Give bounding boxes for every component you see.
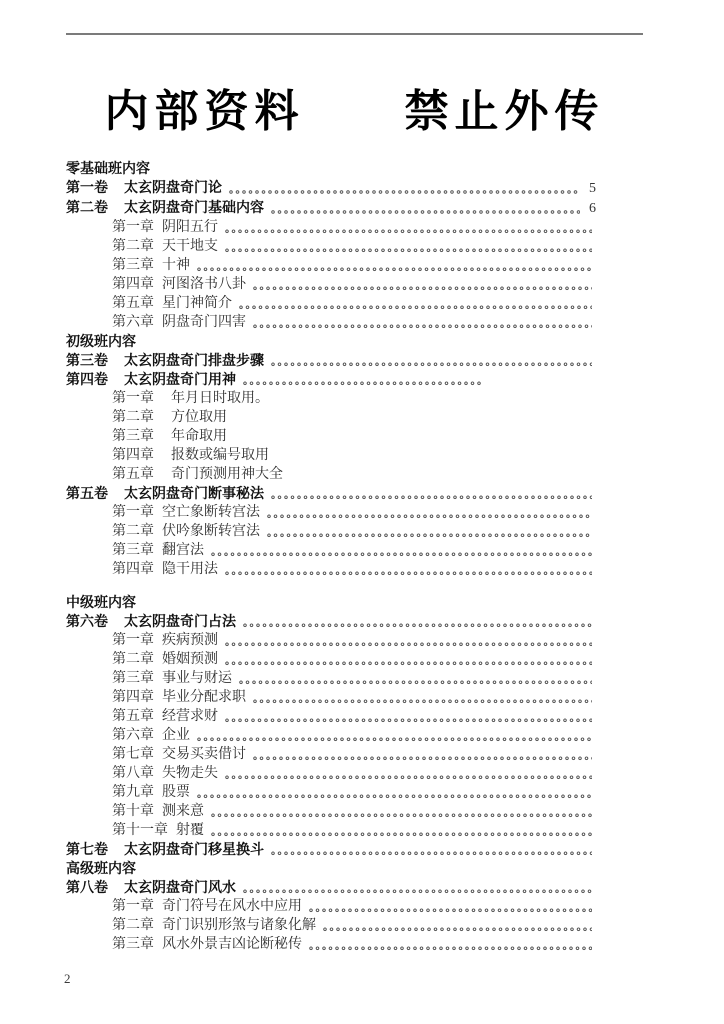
dot-leader (224, 707, 592, 726)
entry-number: 第三章 (112, 669, 154, 688)
entry-number: 第一章 (112, 389, 154, 408)
dot-leader (224, 631, 592, 650)
entry-number: 第六章 (112, 313, 154, 332)
dot-leader (196, 726, 592, 745)
entry-number: 第五卷 (66, 484, 108, 503)
toc-entry-volume: 第六卷太玄阴盘奇门占法 (66, 612, 596, 631)
toc-entry-chapter: 第四章毕业分配求职 (66, 688, 596, 707)
entry-title: 射覆 (176, 821, 204, 840)
entry-title: 太玄阴盘奇门占法 (124, 612, 236, 631)
dot-leader (308, 935, 592, 954)
entry-title: 翻宫法 (162, 541, 204, 560)
header-rule (66, 33, 643, 35)
entry-number: 第八卷 (66, 878, 108, 897)
dot-leader (270, 351, 592, 370)
dot-leader (242, 612, 592, 631)
entry-number: 第二章 (112, 237, 154, 256)
entry-title: 十神 (162, 256, 190, 275)
dot-leader (252, 688, 592, 707)
toc-entry-chapter: 第一章年月日时取用。 (66, 389, 596, 408)
entry-number: 第一章 (112, 218, 154, 237)
entry-number: 第四卷 (66, 370, 108, 389)
entry-title: 失物走失 (162, 764, 218, 783)
entry-title: 太玄阴盘奇门风水 (124, 878, 236, 897)
dot-leader (252, 745, 592, 764)
toc-entry-chapter: 第八章失物走失 (66, 764, 596, 783)
toc-entry-chapter: 第三章事业与财运 (66, 669, 596, 688)
toc-entry-chapter: 第三章翻宫法 (66, 541, 596, 560)
entry-number: 第五章 (112, 465, 154, 484)
dot-leader (228, 178, 580, 198)
entry-number: 第三章 (112, 935, 154, 954)
toc-entry-chapter: 第四章河图洛书八卦 (66, 275, 596, 294)
dot-leader (266, 522, 592, 541)
entry-title: 太玄阴盘奇门移星换斗 (124, 840, 264, 859)
entry-title: 年月日时取用。 (171, 389, 269, 408)
entry-title: 经营求财 (162, 707, 218, 726)
entry-page-number: 5 (589, 179, 596, 198)
toc-section: 初级班内容第三卷太玄阴盘奇门排盘步骤第四卷太玄阴盘奇门用神第一章年月日时取用。第… (66, 332, 596, 579)
toc-entry-volume: 第四卷太玄阴盘奇门用神 (66, 370, 596, 389)
entry-title: 隐干用法 (162, 560, 218, 579)
entry-title: 星门神简介 (162, 294, 232, 313)
entry-title: 毕业分配求职 (162, 688, 246, 707)
entry-title: 太玄阴盘奇门用神 (124, 370, 236, 389)
dot-leader (224, 650, 592, 669)
toc-entry-chapter: 第七章交易买卖借讨 (66, 745, 596, 764)
entry-title: 事业与财运 (162, 669, 232, 688)
dot-leader (322, 916, 592, 935)
entry-title: 太玄阴盘奇门排盘步骤 (124, 351, 264, 370)
toc-section: 中级班内容第六卷太玄阴盘奇门占法第一章疾病预测第二章婚姻预测第三章事业与财运第四… (66, 593, 596, 859)
entry-title: 太玄阴盘奇门断事秘法 (124, 484, 264, 503)
entry-number: 第六卷 (66, 612, 108, 631)
toc-entry-chapter: 第二章奇门识别形煞与诸象化解 (66, 916, 596, 935)
dot-leader (210, 802, 592, 821)
section-header: 中级班内容 (66, 593, 596, 612)
section-header: 高级班内容 (66, 859, 596, 878)
dot-leader (210, 821, 592, 840)
entry-number: 第四章 (112, 446, 154, 465)
dot-leader (196, 783, 592, 802)
toc-entry-volume: 第七卷太玄阴盘奇门移星换斗 (66, 840, 596, 859)
dot-leader (210, 541, 592, 560)
entry-number: 第二章 (112, 650, 154, 669)
toc-section: 零基础班内容第一卷太玄阴盘奇门论5第二卷太玄阴盘奇门基础内容6第一章阴阳五行第二… (66, 159, 596, 332)
entry-number: 第七章 (112, 745, 154, 764)
dot-leader (252, 275, 592, 294)
toc-section: 高级班内容第八卷太玄阴盘奇门风水第一章奇门符号在风水中应用第二章奇门识别形煞与诸… (66, 859, 596, 954)
entry-number: 第一章 (112, 897, 154, 916)
entry-title: 年命取用 (171, 427, 227, 446)
entry-number: 第四章 (112, 560, 154, 579)
dot-leader (224, 218, 592, 237)
dot-leader (224, 237, 592, 256)
entry-number: 第四章 (112, 275, 154, 294)
section-header: 初级班内容 (66, 332, 596, 351)
entry-title: 交易买卖借讨 (162, 745, 246, 764)
entry-number: 第三章 (112, 256, 154, 275)
dot-leader (224, 560, 592, 579)
entry-title: 太玄阴盘奇门基础内容 (124, 198, 264, 217)
entry-title: 企业 (162, 726, 190, 745)
toc-entry-chapter: 第一章阴阳五行 (66, 218, 596, 237)
dot-leader (242, 370, 482, 389)
entry-title: 奇门识别形煞与诸象化解 (162, 916, 316, 935)
toc-entry-chapter: 第九章股票 (66, 783, 596, 802)
entry-title: 方位取用 (171, 408, 227, 427)
dot-leader (270, 198, 580, 218)
entry-number: 第七卷 (66, 840, 108, 859)
entry-number: 第六章 (112, 726, 154, 745)
toc-entry-chapter: 第二章伏吟象断转宫法 (66, 522, 596, 541)
entry-title: 奇门符号在风水中应用 (162, 897, 302, 916)
entry-title: 报数或编号取用 (171, 446, 269, 465)
toc-entry-chapter: 第一章空亡象断转宫法 (66, 503, 596, 522)
dot-leader (238, 669, 592, 688)
toc-entry-chapter: 第三章十神 (66, 256, 596, 275)
toc-entry-chapter: 第二章方位取用 (66, 408, 596, 427)
toc-entry-volume: 第三卷太玄阴盘奇门排盘步骤 (66, 351, 596, 370)
toc-entry-chapter: 第三章风水外景吉凶论断秘传 (66, 935, 596, 954)
entry-number: 第五章 (112, 707, 154, 726)
toc-entry-chapter: 第十章测来意 (66, 802, 596, 821)
entry-title: 天干地支 (162, 237, 218, 256)
entry-page-number: 6 (589, 199, 596, 218)
entry-number: 第一章 (112, 631, 154, 650)
toc-entry-chapter: 第四章报数或编号取用 (66, 446, 596, 465)
dot-leader (252, 313, 592, 332)
document-title: 内部资料 禁止外传 (66, 0, 643, 136)
entry-number: 第四章 (112, 688, 154, 707)
dot-leader (308, 897, 592, 916)
entry-number: 第三卷 (66, 351, 108, 370)
entry-title: 奇门预测用神大全 (171, 465, 283, 484)
toc-entry-volume: 第八卷太玄阴盘奇门风水 (66, 878, 596, 897)
entry-number: 第二卷 (66, 198, 108, 217)
document-page: 内部资料 禁止外传 零基础班内容第一卷太玄阴盘奇门论5第二卷太玄阴盘奇门基础内容… (0, 0, 724, 1024)
entry-number: 第十章 (112, 802, 154, 821)
entry-title: 测来意 (162, 802, 204, 821)
entry-title: 太玄阴盘奇门论 (124, 178, 222, 197)
entry-number: 第二章 (112, 916, 154, 935)
toc-entry-volume: 第五卷太玄阴盘奇门断事秘法 (66, 484, 596, 503)
page-number: 2 (64, 971, 71, 987)
table-of-contents: 零基础班内容第一卷太玄阴盘奇门论5第二卷太玄阴盘奇门基础内容6第一章阴阳五行第二… (66, 159, 596, 954)
entry-number: 第一卷 (66, 178, 108, 197)
entry-number: 第五章 (112, 294, 154, 313)
entry-title: 疾病预测 (162, 631, 218, 650)
dot-leader (242, 878, 592, 897)
entry-number: 第二章 (112, 408, 154, 427)
toc-entry-chapter: 第六章阴盘奇门四害 (66, 313, 596, 332)
dot-leader (270, 840, 592, 859)
toc-entry-chapter: 第三章年命取用 (66, 427, 596, 446)
toc-entry-chapter: 第六章企业 (66, 726, 596, 745)
toc-entry-volume: 第二卷太玄阴盘奇门基础内容6 (66, 198, 596, 218)
toc-entry-chapter: 第五章经营求财 (66, 707, 596, 726)
entry-number: 第三章 (112, 541, 154, 560)
entry-title: 河图洛书八卦 (162, 275, 246, 294)
toc-entry-chapter: 第四章隐干用法 (66, 560, 596, 579)
toc-entry-chapter: 第一章奇门符号在风水中应用 (66, 897, 596, 916)
dot-leader (224, 764, 592, 783)
entry-title: 股票 (162, 783, 190, 802)
section-header: 零基础班内容 (66, 159, 596, 178)
entry-number: 第二章 (112, 522, 154, 541)
dot-leader (238, 294, 592, 313)
toc-entry-chapter: 第十一章射覆 (66, 821, 596, 840)
entry-title: 风水外景吉凶论断秘传 (162, 935, 302, 954)
entry-number: 第九章 (112, 783, 154, 802)
toc-entry-chapter: 第五章奇门预测用神大全 (66, 465, 596, 484)
entry-number: 第八章 (112, 764, 154, 783)
entry-title: 空亡象断转宫法 (162, 503, 260, 522)
dot-leader (270, 484, 592, 503)
toc-entry-chapter: 第二章婚姻预测 (66, 650, 596, 669)
dot-leader (196, 256, 592, 275)
entry-title: 伏吟象断转宫法 (162, 522, 260, 541)
toc-entry-volume: 第一卷太玄阴盘奇门论5 (66, 178, 596, 198)
toc-entry-chapter: 第五章星门神简介 (66, 294, 596, 313)
entry-title: 婚姻预测 (162, 650, 218, 669)
entry-title: 阴阳五行 (162, 218, 218, 237)
toc-entry-chapter: 第一章疾病预测 (66, 631, 596, 650)
entry-number: 第一章 (112, 503, 154, 522)
entry-number: 第十一章 (112, 821, 168, 840)
entry-number: 第三章 (112, 427, 154, 446)
toc-entry-chapter: 第二章天干地支 (66, 237, 596, 256)
dot-leader (266, 503, 592, 522)
entry-title: 阴盘奇门四害 (162, 313, 246, 332)
